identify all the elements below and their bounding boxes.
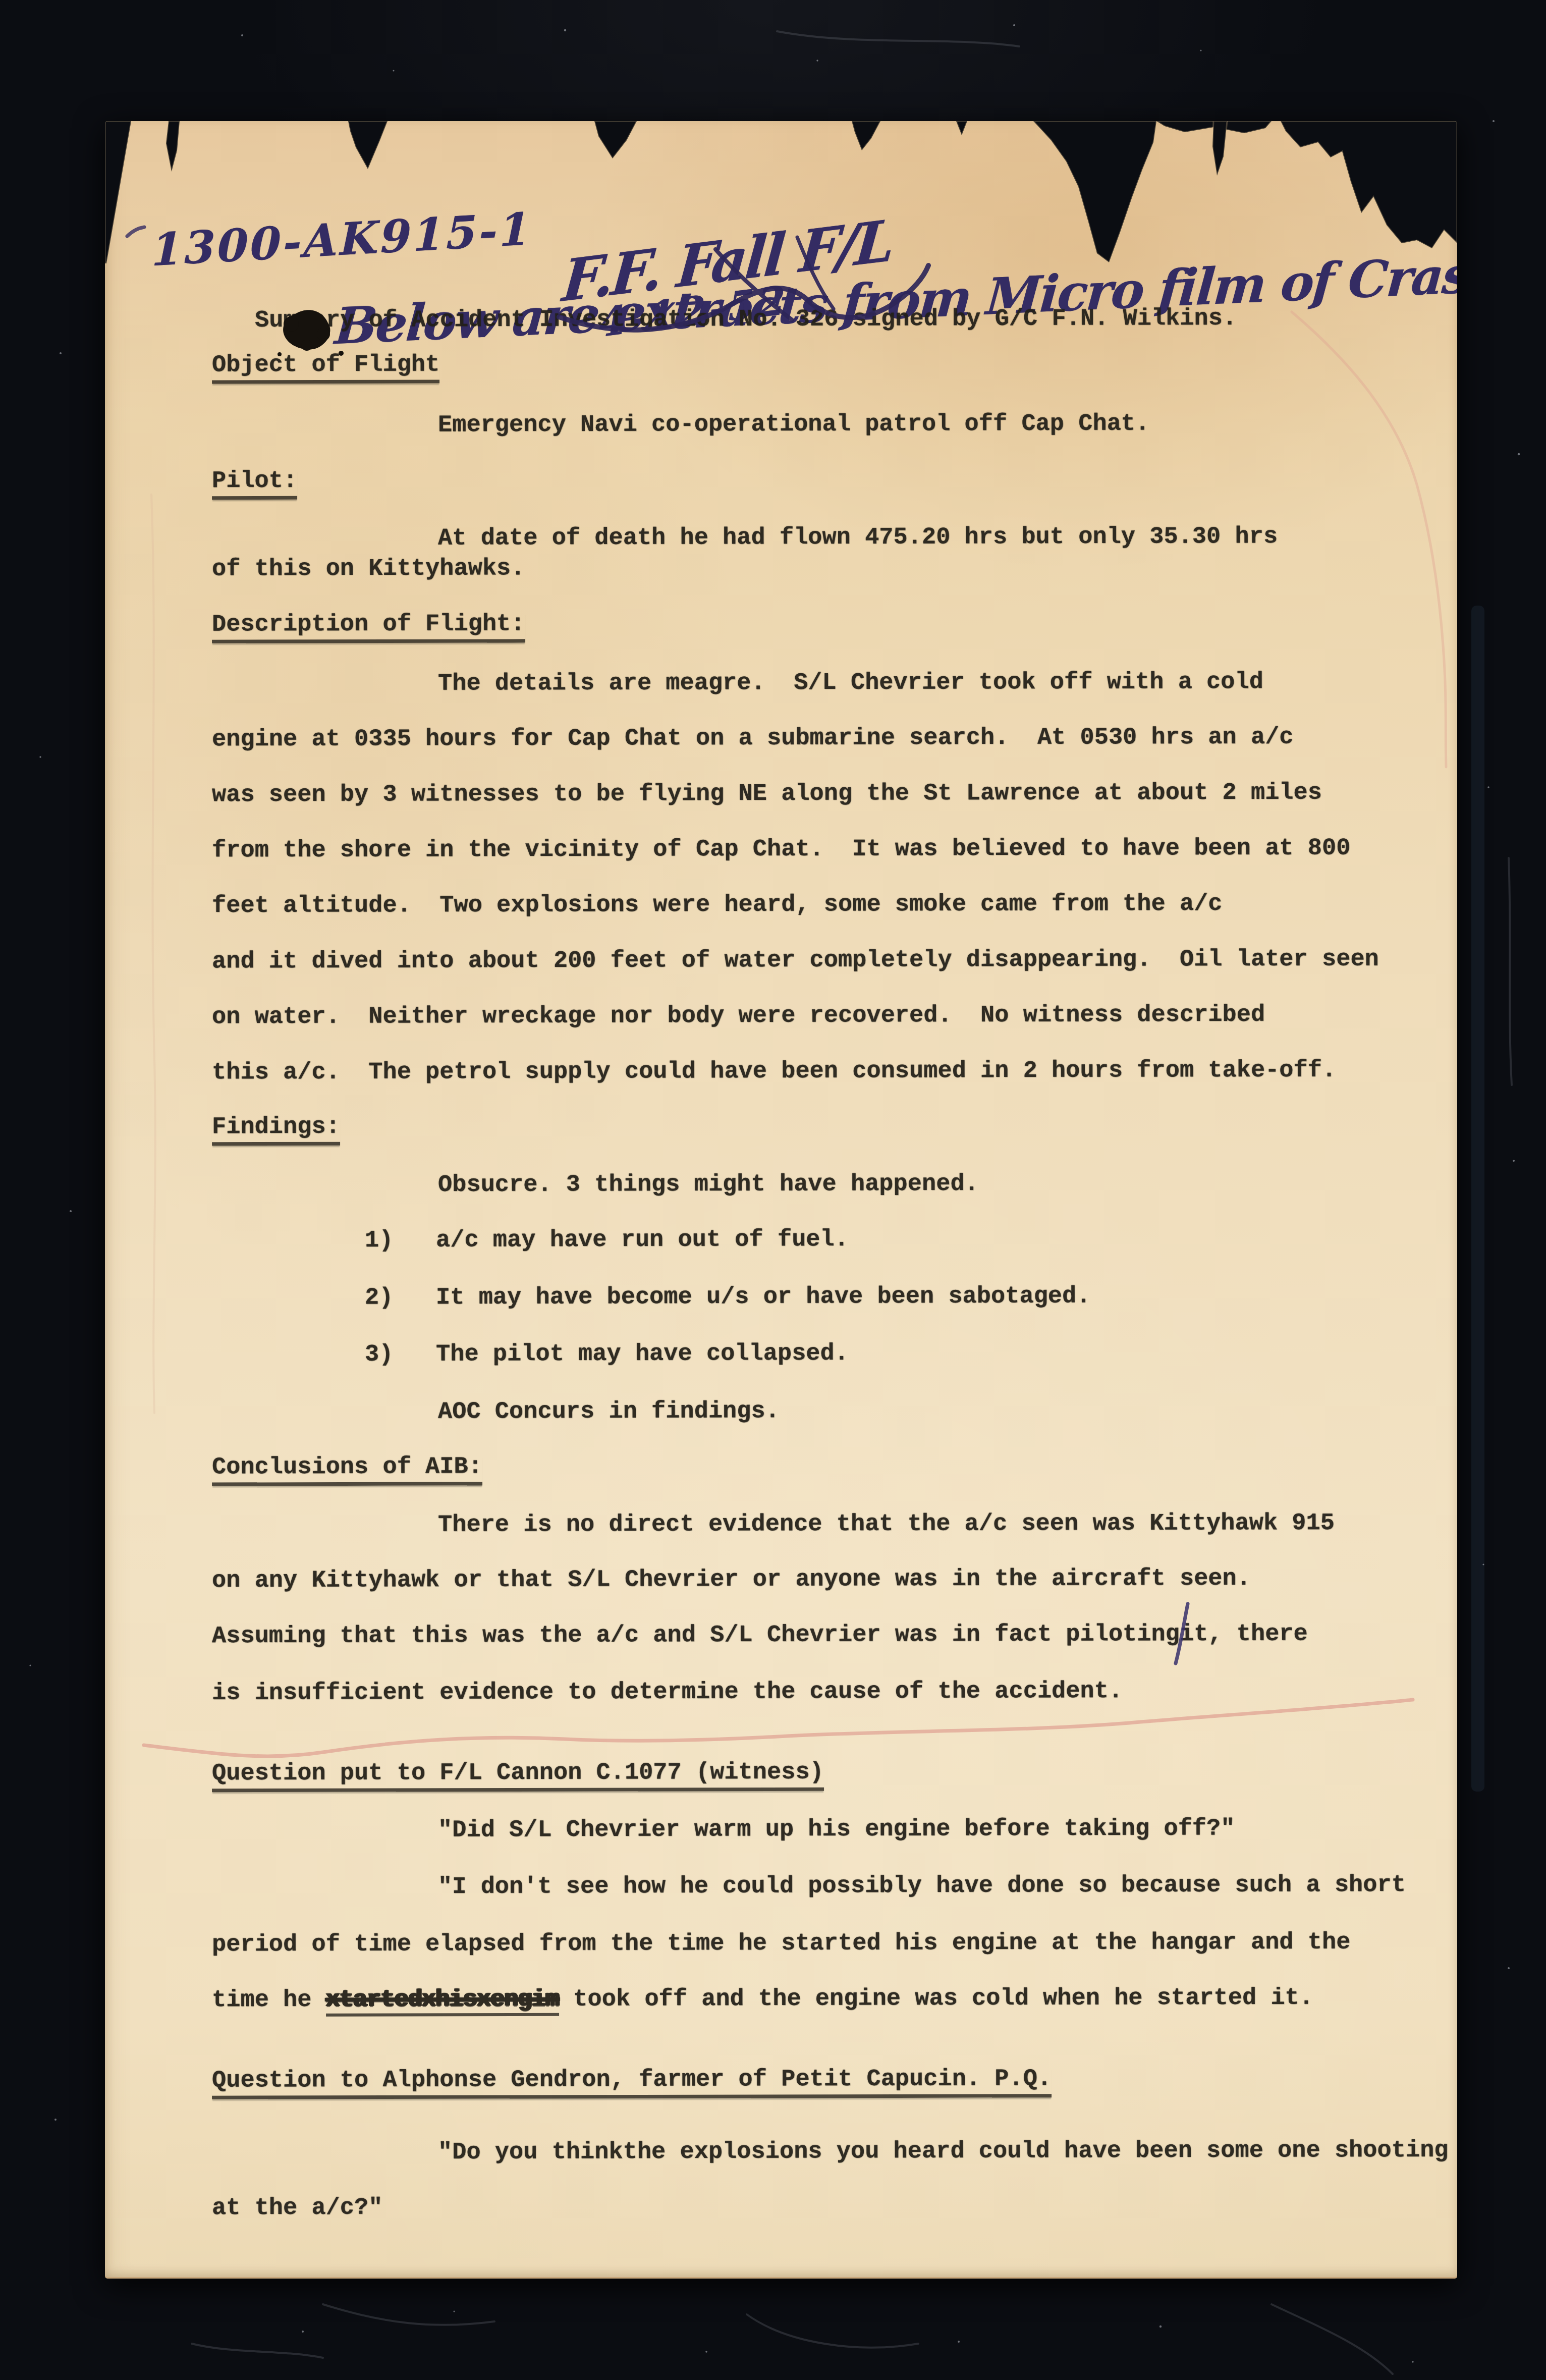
typed-line: "Did S/L Chevrier warm up his engine bef… xyxy=(438,1817,1235,1842)
typed-line: Obsucre. 3 things might have happened. xyxy=(438,1172,979,1197)
handwritten-file-number: 1300-AK915-1 xyxy=(151,202,533,276)
typed-line: At date of death he had flown 475.20 hrs… xyxy=(438,525,1278,550)
typed-line: was seen by 3 witnesses to be flying NE … xyxy=(212,781,1322,807)
heading-conclusions-of-aib: Conclusions of AIB: xyxy=(212,1455,482,1486)
typed-line: AOC Concurs in findings. xyxy=(438,1399,780,1424)
typed-line: and it dived into about 200 feet of wate… xyxy=(212,948,1379,974)
typed-line-summary: Summary of Accident Investigation No. 32… xyxy=(255,307,1237,333)
typed-line: Emergency Navi co-operational patrol off… xyxy=(438,412,1149,438)
heading-object-of-flight: Object of Flight xyxy=(212,353,439,384)
scanned-document-photo: { "colors": { "background": "#0b0d12", "… xyxy=(0,0,1546,2380)
typed-list-item-1: 1) a/c may have run out of fuel. xyxy=(365,1228,849,1253)
heading-question-cannon: Question put to F/L Cannon C.1077 (witne… xyxy=(212,1761,824,1793)
typed-line: of this on Kittyhawks. xyxy=(212,557,525,581)
typed-line: on any Kittyhawk or that S/L Chevrier or… xyxy=(212,1567,1251,1593)
typed-line: engine at 0335 hours for Cap Chat on a s… xyxy=(212,726,1294,751)
typed-list-item-2: 2) It may have become u/s or have been s… xyxy=(365,1284,1091,1310)
heading-question-gendron: Question to Alphonse Gendron, farmer of … xyxy=(212,2067,1052,2099)
heading-description-of-flight: Description of Flight: xyxy=(212,612,525,643)
book-edge-strip xyxy=(1471,606,1484,1792)
overtyped-strikeout: xtartedxhisxengim xyxy=(326,1986,560,2017)
typed-line: at the a/c?" xyxy=(212,2196,383,2221)
typed-line: There is no direct evidence that the a/c… xyxy=(438,1511,1335,1537)
typed-line: "Do you thinkthe explosions you heard co… xyxy=(438,2139,1449,2165)
strike-pre: time he xyxy=(212,1987,326,2014)
typed-line-with-strikeout: time he xtartedxhisxengim took off and t… xyxy=(212,1986,1313,2013)
typed-line: period of time elapsed from the time he … xyxy=(212,1931,1350,1957)
heading-pilot: Pilot: xyxy=(212,469,297,500)
typed-line: feet altitude. Two explosions were heard… xyxy=(212,892,1223,918)
typed-line: Assuming that this was the a/c and S/L C… xyxy=(212,1622,1308,1649)
typed-line: is insufficient evidence to determine th… xyxy=(212,1680,1123,1705)
typed-line: The details are meagre. S/L Chevrier too… xyxy=(438,670,1263,695)
typed-line: from the shore in the vicinity of Cap Ch… xyxy=(212,837,1350,863)
scanned-page: Below are extracts from Micro film of Cr… xyxy=(105,121,1457,2279)
typed-line: this a/c. The petrol supply could have b… xyxy=(212,1059,1336,1085)
typed-list-item-3: 3) The pilot may have collapsed. xyxy=(365,1342,849,1367)
strike-post: took off and the engine was cold when he… xyxy=(559,1985,1313,2013)
handwritten-note: Below are extracts from Micro film of Cr… xyxy=(333,240,1457,356)
heading-findings: Findings: xyxy=(212,1115,340,1146)
typed-line: "I don't see how he could possibly have … xyxy=(438,1873,1406,1899)
typed-line: on water. Neither wreckage nor body were… xyxy=(212,1003,1265,1029)
